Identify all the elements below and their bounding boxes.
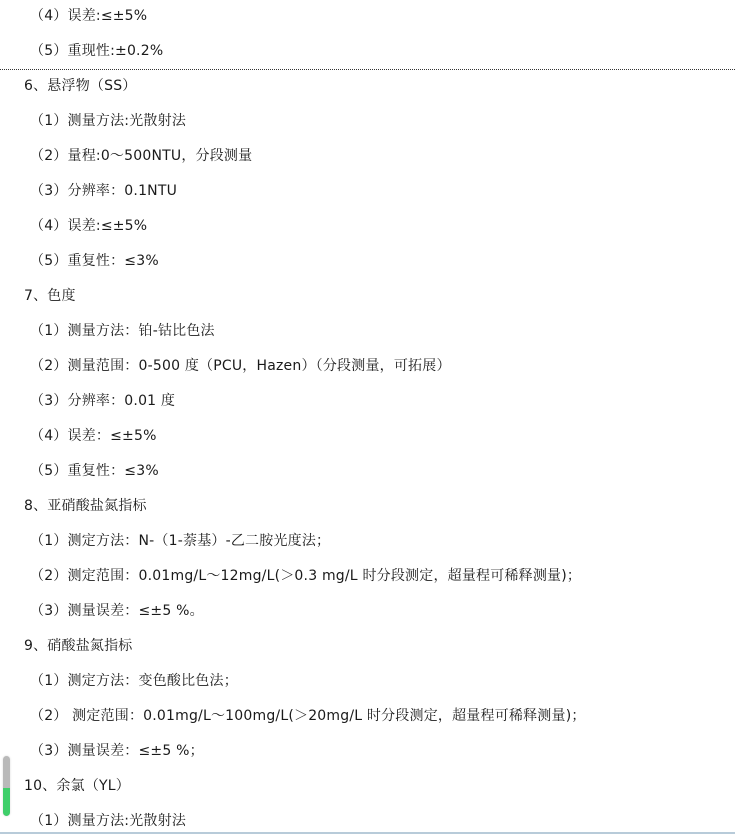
spec-item: （1）测量方法：铂-钴比色法 [30, 321, 215, 341]
spec-item: （1）测量方法:光散射法 [30, 811, 186, 831]
dotted-separator [0, 69, 735, 70]
scroll-progress-fill [3, 788, 10, 816]
spec-item: （1）测量方法:光散射法 [30, 111, 186, 131]
spec-item: （2）测量范围：0-500 度（PCU，Hazen）（分段测量，可拓展） [30, 356, 451, 376]
section-heading: 10、余氯（YL） [24, 776, 130, 796]
spec-item: （1）测定方法：N-（1-萘基）-乙二胺光度法； [30, 531, 330, 551]
spec-item: （2） 测定范围：0.01mg/L～100mg/L(＞20mg/L 时分段测定，… [30, 706, 586, 726]
spec-item: （3）测量误差：≤±5 %。 [30, 601, 204, 621]
spec-item: （1）测定方法：变色酸比色法； [30, 671, 238, 691]
spec-item: （4）误差:≤±5% [30, 216, 147, 236]
section-heading: 7、色度 [24, 286, 76, 306]
section-heading: 6、悬浮物（SS） [24, 76, 136, 96]
spec-item: （5）重复性：≤3% [30, 461, 159, 481]
spec-item: （5）重复性：≤3% [30, 251, 159, 271]
spec-item: （3）分辨率：0.1NTU [30, 181, 177, 201]
spec-item: （2）测定范围：0.01mg/L～12mg/L(＞0.3 mg/L 时分段测定，… [30, 566, 581, 586]
scroll-progress-indicator[interactable] [3, 756, 10, 816]
spec-item: （2）量程:0～500NTU，分段测量 [30, 146, 252, 166]
spec-item: （3）测量误差：≤±5 %； [30, 741, 204, 761]
spec-item: （5）重现性:±0.2% [30, 41, 163, 61]
section-heading: 9、硝酸盐氮指标 [24, 636, 133, 656]
spec-item: （4）误差：≤±5% [30, 426, 157, 446]
spec-item: （4）误差:≤±5% [30, 6, 147, 26]
spec-item: （3）分辨率：0.01 度 [30, 391, 175, 411]
section-heading: 8、亚硝酸盐氮指标 [24, 496, 147, 516]
